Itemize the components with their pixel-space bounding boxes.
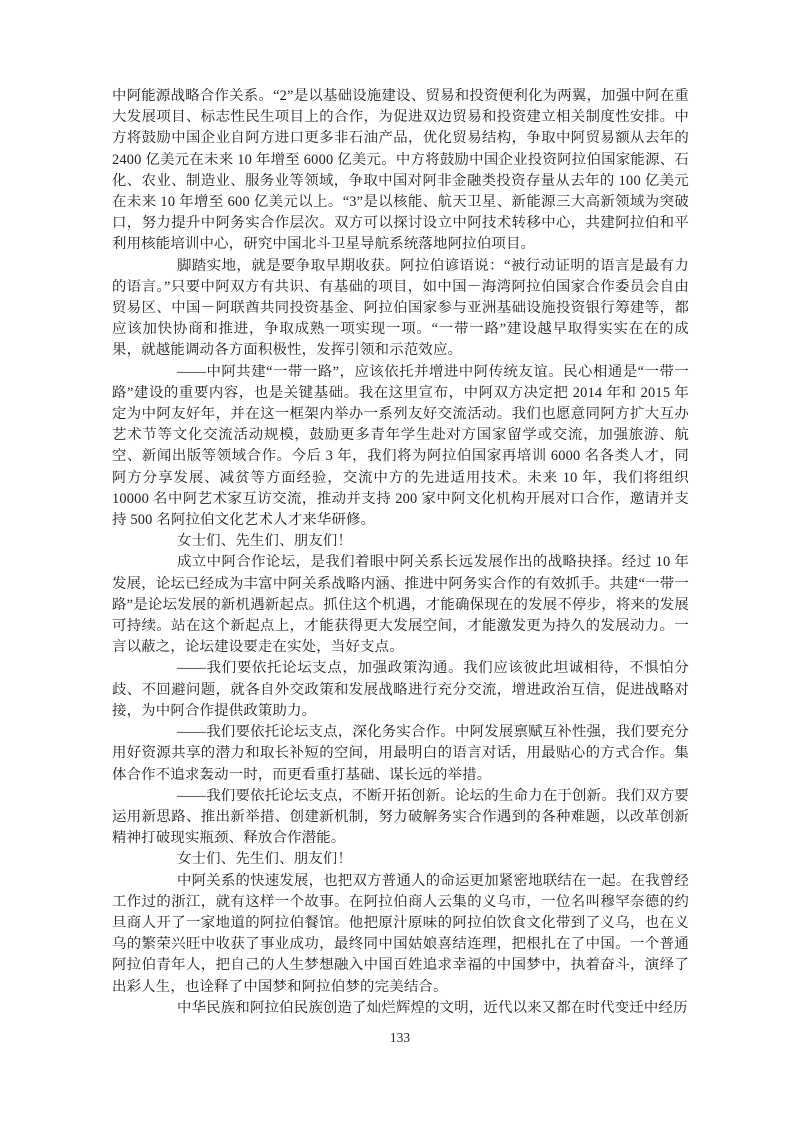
paragraph: ——中阿共建“一带一路”，应该依托并增进中阿传统友谊。民心相通是“一带一路”建设… [112, 362, 689, 532]
paragraph: 成立中阿合作论坛，是我们着眼中阿关系长远发展作出的战略抉择。经过 10 年发展，… [112, 552, 689, 658]
paragraph: 中阿能源战略合作关系。“2”是以基础设施建设、贸易和投资便利化为两翼，加强中阿在… [112, 86, 689, 256]
paragraph: ——我们要依托论坛支点，不断开拓创新。论坛的生命力在于创新。我们双方要运用新思路… [112, 786, 689, 850]
paragraph: ——我们要依托论坛支点，深化务实合作。中阿发展禀赋互补性强，我们要充分用好资源共… [112, 722, 689, 786]
page-number: 133 [0, 1030, 800, 1046]
document-body: 中阿能源战略合作关系。“2”是以基础设施建设、贸易和投资便利化为两翼，加强中阿在… [112, 86, 689, 1019]
paragraph: 脚踏实地，就是要争取早期收获。阿拉伯谚语说：“被行动证明的语言是最有力的语言。”… [112, 256, 689, 362]
document-page: 中阿能源战略合作关系。“2”是以基础设施建设、贸易和投资便利化为两翼，加强中阿在… [0, 0, 800, 1131]
paragraph: 中华民族和阿拉伯民族创造了灿烂辉煌的文明，近代以来又都在时代变迁中经历 [112, 998, 689, 1019]
paragraph: 女士们、先生们、朋友们！ [112, 849, 689, 870]
paragraph: 女士们、先生们、朋友们！ [112, 531, 689, 552]
paragraph: 中阿关系的快速发展，也把双方普通人的命运更加紧密地联结在一起。在我曾经工作过的浙… [112, 871, 689, 998]
paragraph: ——我们要依托论坛支点，加强政策沟通。我们应该彼此坦诚相待，不惧怕分歧、不回避问… [112, 658, 689, 722]
